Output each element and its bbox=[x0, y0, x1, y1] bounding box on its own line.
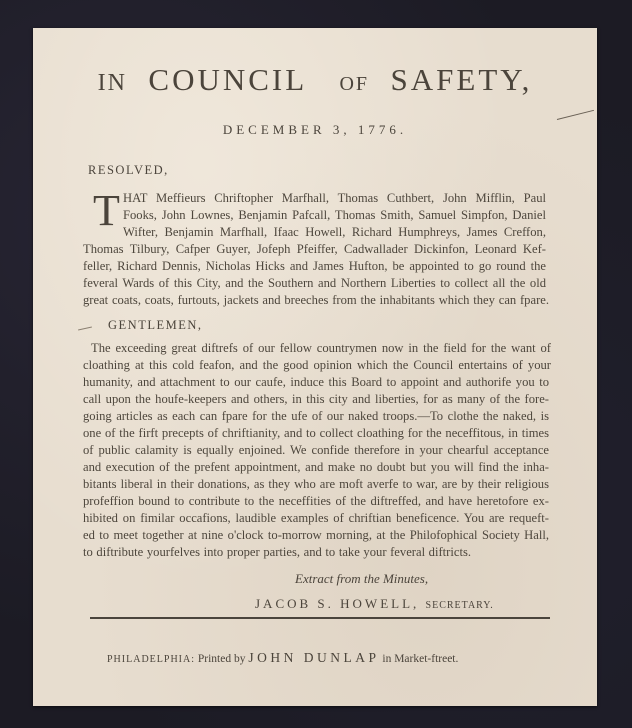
paper-tear bbox=[557, 110, 594, 120]
gentlemen-line: cloathing at this cold feafon, and the g… bbox=[83, 358, 551, 373]
resolved-line: feller, Richard Dennis, Nicholas Hicks a… bbox=[83, 259, 546, 274]
imprint-location: in Market-ftreet. bbox=[382, 653, 458, 665]
imprint: Philadelphia: Printed by JOHN DUNLAP in … bbox=[107, 650, 458, 666]
gentlemen-line: The exceeding great diftrefs of our fell… bbox=[91, 341, 551, 356]
resolved-line: HAT Meffieurs Chriftopher Marfhall, Thom… bbox=[123, 191, 546, 206]
imprint-printed-by: Printed by bbox=[198, 653, 246, 665]
resolved-line: Fooks, John Lownes, Benjamin Pafcall, Th… bbox=[123, 208, 546, 223]
gentlemen-line: hibited on fimilar occafions, laudible e… bbox=[83, 511, 549, 526]
paper-mark bbox=[78, 327, 92, 331]
gentlemen-line: of public calamity is equally enjoined. … bbox=[83, 443, 549, 458]
imprint-printer: JOHN DUNLAP bbox=[248, 650, 379, 665]
signatory-title: Secretary. bbox=[426, 600, 494, 611]
resolved-line: feveral Wards of this City, and the Sout… bbox=[83, 276, 546, 291]
resolved-line: Thomas Tilbury, Cafper Guyer, Jofeph Pfe… bbox=[83, 242, 546, 257]
title-prefix: In bbox=[98, 70, 127, 96]
gentlemen-line: humanity, and attachment to our caufe, i… bbox=[83, 375, 549, 390]
title-of: of bbox=[339, 73, 369, 95]
document-date: DECEMBER 3, 1776. bbox=[33, 122, 597, 138]
document-title: In COUNCIL of SAFETY, bbox=[33, 62, 597, 98]
gentlemen-line: ed to meet together at nine o'clock to-m… bbox=[83, 528, 549, 543]
gentlemen-line: one of the firft precepts of chriftianit… bbox=[83, 426, 549, 441]
resolved-line: Wifter, Benjamin Marfhall, Ifaac Howell,… bbox=[123, 225, 546, 240]
gentlemen-line: call upon the houfe-keepers and others, … bbox=[83, 392, 549, 407]
resolved-line: great coats, coats, furtouts, jackets an… bbox=[83, 293, 549, 308]
gentlemen-line: and execution of the prefent appointment… bbox=[83, 460, 549, 475]
gentlemen-heading: GENTLEMEN, bbox=[108, 318, 203, 333]
gentlemen-line: to diftribute yourfelves into proper par… bbox=[83, 545, 471, 560]
divider-rule bbox=[90, 617, 550, 619]
drop-cap: T bbox=[93, 189, 120, 233]
resolved-heading: RESOLVED, bbox=[88, 163, 169, 178]
title-main: COUNCIL bbox=[148, 62, 307, 97]
extract-note: Extract from the Minutes, bbox=[295, 571, 428, 587]
gentlemen-line: profeffion bound to contribute to the ne… bbox=[83, 494, 549, 509]
broadside-page: In COUNCIL of SAFETY, DECEMBER 3, 1776. … bbox=[33, 28, 597, 706]
signatory-name: JACOB S. HOWELL, bbox=[255, 596, 419, 611]
gentlemen-line: bitants liberal in their donations, as t… bbox=[83, 477, 549, 492]
signature: JACOB S. HOWELL, Secretary. bbox=[255, 596, 494, 612]
gentlemen-line: going articles as each can fpare for the… bbox=[83, 409, 549, 424]
title-end: SAFETY, bbox=[391, 62, 533, 97]
imprint-city: Philadelphia: bbox=[107, 654, 195, 665]
